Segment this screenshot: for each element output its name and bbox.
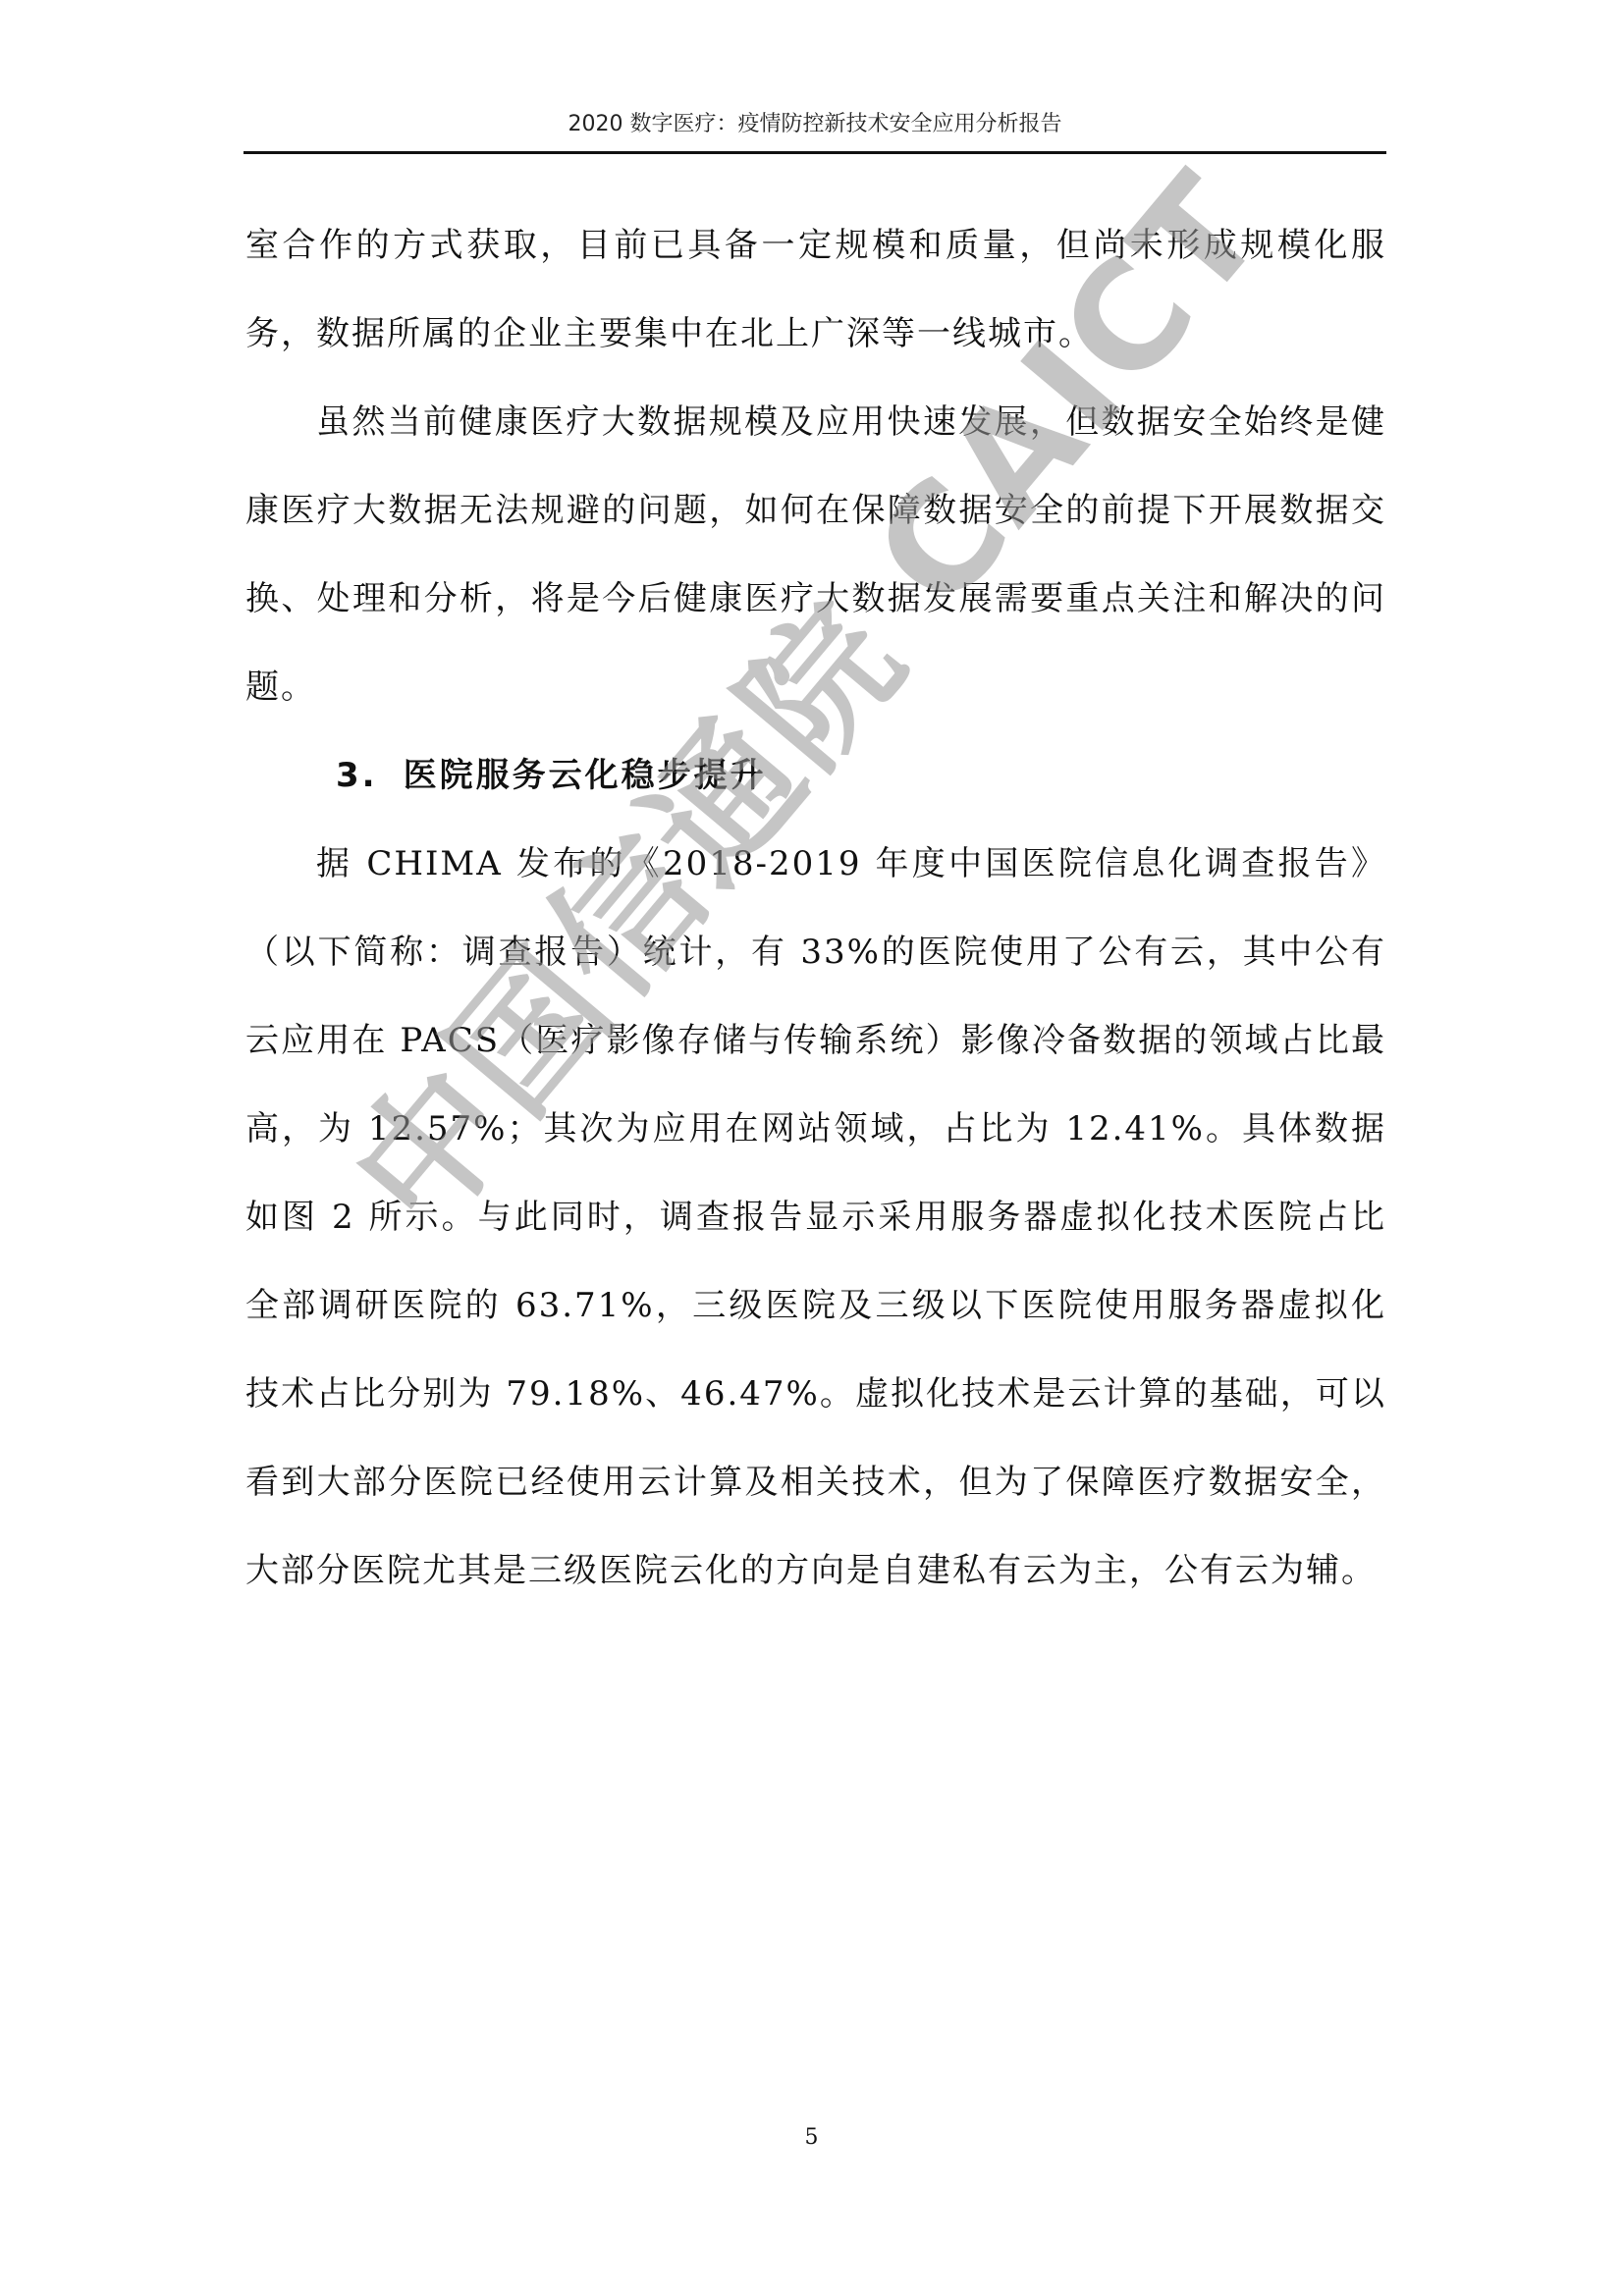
section-number: 3.	[336, 756, 378, 795]
section-title: 医院服务云化稳步提升	[404, 756, 767, 795]
page-number: 5	[0, 2125, 1623, 2150]
section-heading: 3.医院服务云化稳步提升	[245, 731, 1386, 820]
paragraph-data-security: 虽然当前健康医疗大数据规模及应用快速发展，但数据安全始终是健康医疗大数据无法规避…	[245, 378, 1386, 731]
paragraph-cloud-adoption: 据 CHIMA 发布的《2018-2019 年度中国医院信息化调查报告》（以下简…	[245, 820, 1386, 1615]
running-header: 2020 数字医疗：疫情防控新技术安全应用分析报告	[243, 110, 1386, 139]
header-rule	[243, 151, 1386, 154]
page-body: 室合作的方式获取，目前已具备一定规模和质量，但尚未形成规模化服务，数据所属的企业…	[245, 201, 1386, 1615]
paragraph-continued: 室合作的方式获取，目前已具备一定规模和质量，但尚未形成规模化服务，数据所属的企业…	[245, 201, 1386, 378]
